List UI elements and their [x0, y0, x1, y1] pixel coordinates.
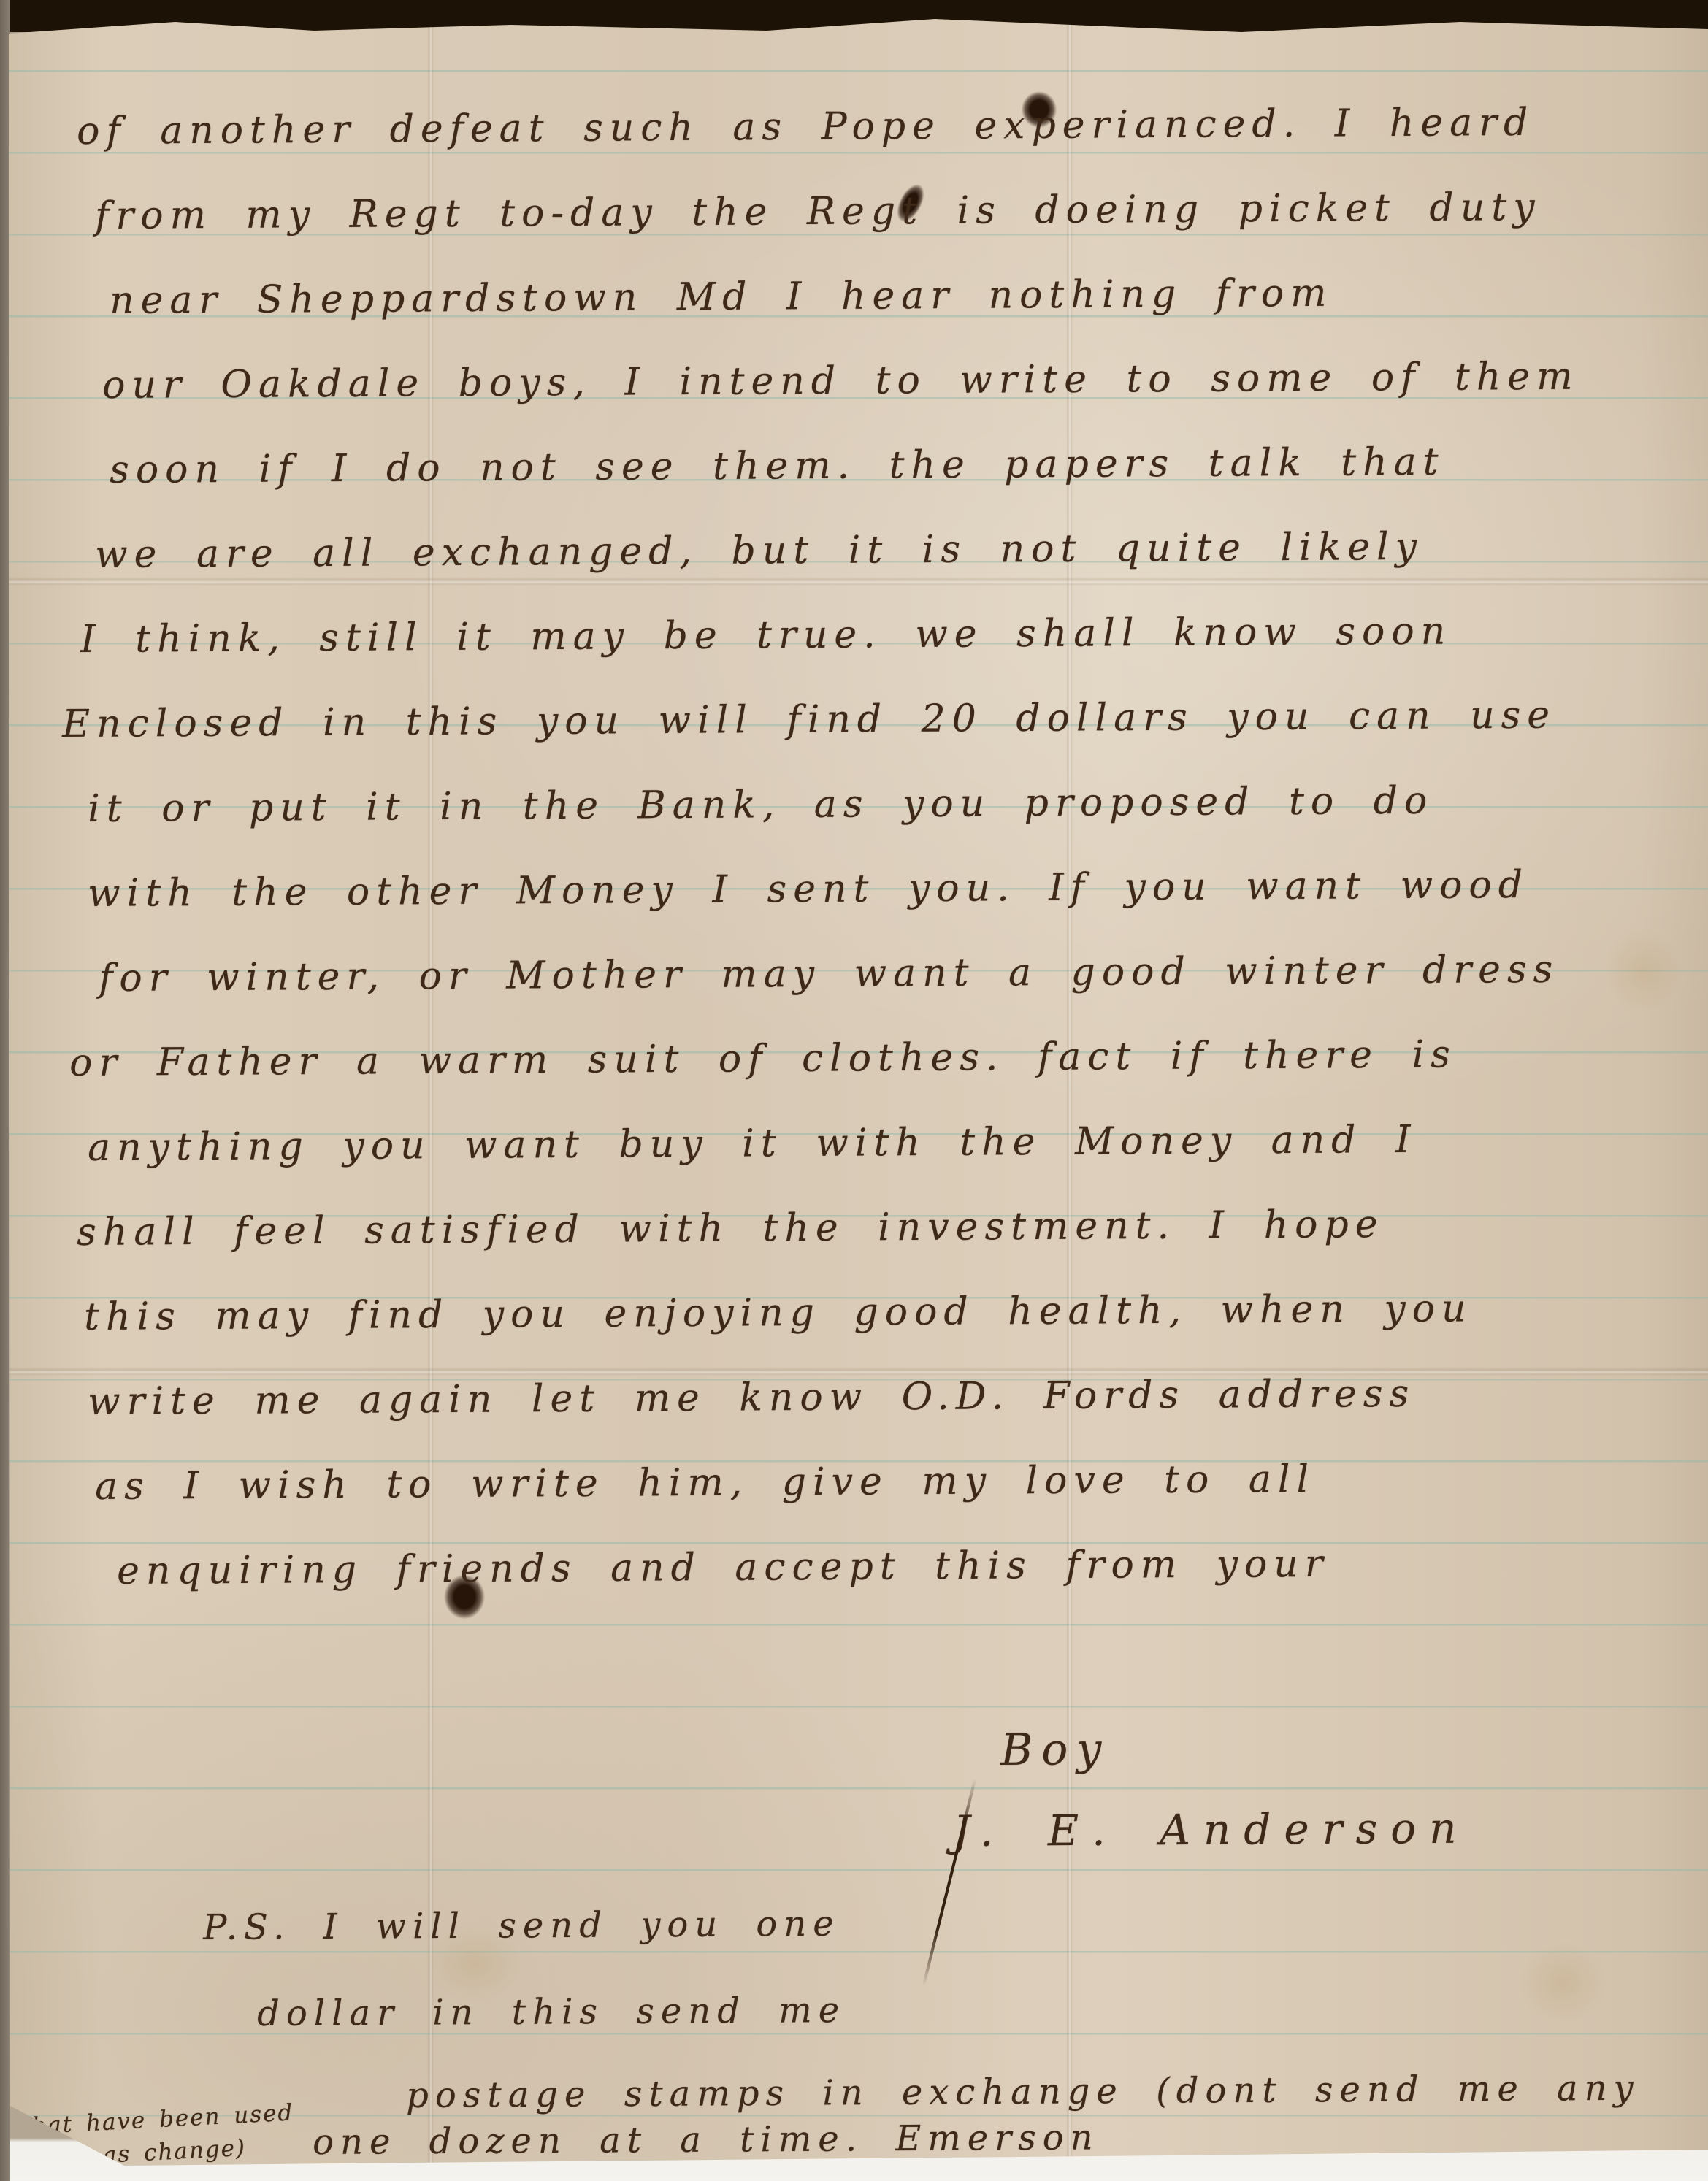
letter-line-09: it or put it in the Bank, as you propose…	[88, 779, 1434, 831]
fold-crease-vertical-left	[427, 0, 434, 2181]
letter-line-11: for winter, or Mother may want a good wi…	[99, 948, 1559, 1000]
fold-crease-horizontal-lower	[0, 1367, 1708, 1376]
letter-line-05: soon if I do not see them. the papers ta…	[110, 440, 1445, 492]
letter-line-14: shall feel satisfied with the investment…	[77, 1203, 1385, 1254]
postscript-line-4: one dozen at a time. Emerson	[313, 2117, 1100, 2163]
letter-line-17: as I wish to write him, give my love to …	[95, 1457, 1315, 1509]
letter-line-01: of another defeat such as Pope experianc…	[77, 101, 1534, 153]
letter-line-06: we are all exchanged, but it is not quit…	[95, 525, 1423, 577]
letter-line-07: I think, still it may be true. we shall …	[80, 610, 1452, 662]
postscript-line-1: P.S. I will send you one	[203, 1904, 840, 1948]
postscript-line-3: postage stamps in exchange (dont send me…	[406, 2068, 1640, 2116]
letter-line-04: our Oakdale boys, I intend to write to s…	[102, 355, 1579, 407]
letter-line-03: near Sheppardstown Md I hear nothing fro…	[110, 272, 1333, 323]
letter-line-15: this may find you enjoying good health, …	[84, 1287, 1473, 1339]
paper-sheet: of another defeat such as Pope experianc…	[0, 0, 1708, 2181]
scanned-letter-page: of another defeat such as Pope experianc…	[0, 0, 1708, 2181]
letter-line-02: from my Regt to-day the Regt is doeing p…	[95, 185, 1542, 238]
postscript-line-2: dollar in this send me	[257, 1990, 846, 2034]
paper-stain	[1592, 913, 1694, 1030]
paper-stain	[1504, 1928, 1621, 2037]
letter-line-13: anything you want buy it with the Money …	[88, 1118, 1417, 1170]
letter-line-18: enquiring friends and accept this from y…	[117, 1542, 1330, 1593]
signature: J. E. Anderson	[953, 1804, 1470, 1856]
letter-line-08: Enclosed in this you will find 20 dollar…	[62, 694, 1556, 746]
scanner-edge-left	[0, 0, 10, 2181]
letter-line-10: with the other Money I sent you. If you …	[88, 863, 1529, 916]
letter-line-12: or Father a warm suit of clothes. fact i…	[69, 1032, 1457, 1085]
closing-salutation: Boy	[1000, 1724, 1111, 1776]
fold-crease-horizontal-upper	[0, 577, 1708, 586]
letter-line-16: write me again let me know O.D. Fords ad…	[88, 1372, 1415, 1424]
